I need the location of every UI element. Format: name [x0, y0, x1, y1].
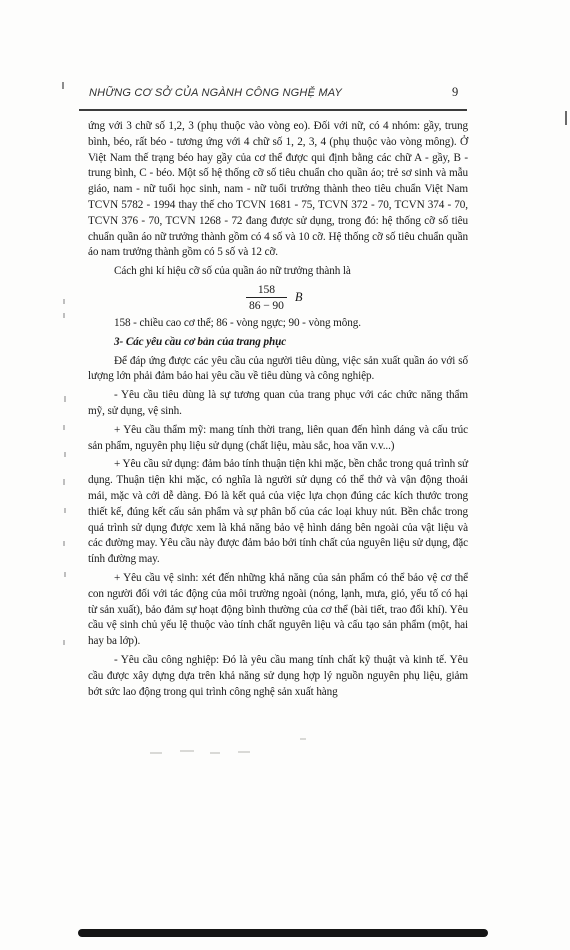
size-formula-fraction: 158 86 − 90	[246, 283, 287, 313]
scan-speck	[63, 640, 65, 645]
scan-edge-bar	[78, 929, 488, 937]
paragraph-intro-requirements: Để đáp ứng được các yêu cầu của người ti…	[88, 354, 468, 386]
scan-smudge	[210, 752, 220, 754]
paragraph-hygiene-requirement: + Yêu cầu vệ sinh: xét đến những khả năn…	[88, 571, 468, 650]
scan-speck	[64, 572, 66, 577]
formula-legend: 158 - chiều cao cơ thể; 86 - vòng ngực; …	[88, 316, 468, 332]
scan-speck	[63, 425, 65, 430]
scan-speck	[63, 313, 65, 318]
scan-speck	[63, 541, 65, 546]
scan-smudge	[180, 750, 194, 752]
section-heading: 3- Các yêu cầu cơ bản của trang phục	[88, 335, 468, 351]
formula-suffix: B	[295, 290, 303, 306]
scan-speck	[62, 82, 64, 89]
formula-numerator: 158	[248, 283, 285, 297]
paragraph-industrial-requirement: - Yêu cầu công nghiệp: Đó là yêu cầu man…	[88, 653, 468, 700]
scan-speck	[64, 508, 66, 513]
scan-speck	[63, 299, 65, 304]
paragraph-size-notation-intro: Cách ghi kí hiệu cỡ số của quần áo nữ tr…	[88, 264, 468, 280]
running-head-title: NHỮNG CƠ SỞ CỦA NGÀNH CÔNG NGHỆ MAY	[89, 87, 469, 99]
scan-speck	[565, 111, 567, 125]
page-body: ứng với 3 chữ số 1,2, 3 (phụ thuộc vào v…	[88, 119, 468, 700]
paragraph-consumer-requirement: - Yêu cầu tiêu dùng là sự tương quan của…	[88, 388, 468, 420]
paragraph-aesthetic-requirement: + Yêu cầu thẩm mỹ: mang tính thời trang,…	[88, 423, 468, 455]
paragraph-usage-requirement: + Yêu cầu sử dụng: đảm bảo tính thuận ti…	[88, 457, 468, 568]
scan-speck	[64, 452, 66, 457]
scan-smudge	[300, 738, 306, 740]
size-formula: 158 86 − 90 B	[246, 283, 468, 313]
page-number: 9	[452, 85, 458, 100]
scan-smudge	[150, 752, 162, 754]
scan-speck	[64, 396, 66, 402]
paragraph-sizes-continuation: ứng với 3 chữ số 1,2, 3 (phụ thuộc vào v…	[88, 119, 468, 261]
formula-denominator: 86 − 90	[246, 297, 287, 313]
header-rule	[79, 109, 467, 111]
scan-speck	[63, 479, 65, 485]
scan-smudge	[238, 751, 250, 753]
